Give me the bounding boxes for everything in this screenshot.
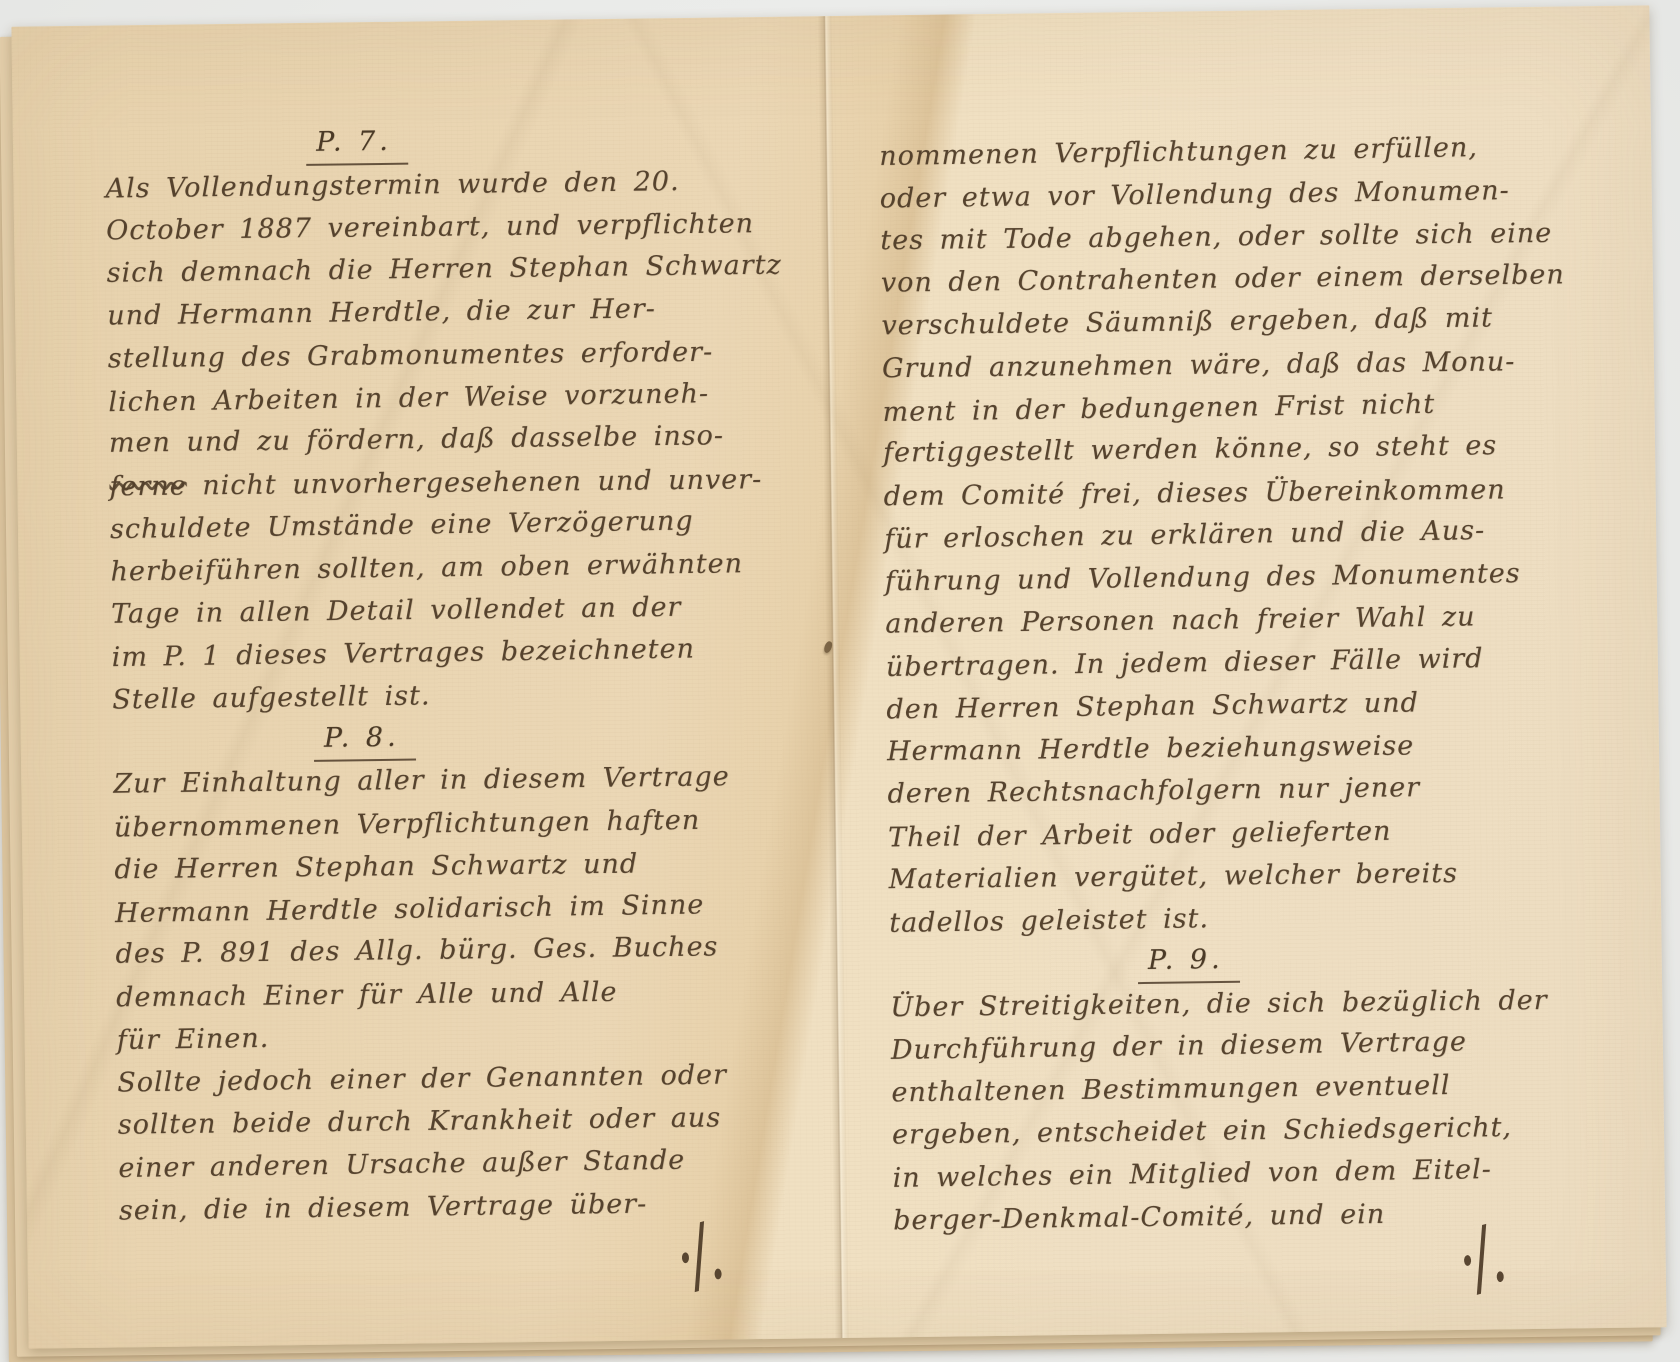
handwritten-line: übernommenen Verpflichtungen haften — [114, 798, 788, 849]
handwritten-line: sich demnach die Herren Stephan Schwartz — [106, 244, 780, 295]
handwritten-line: deren Rechtsnachfolgern nur jener — [887, 765, 1545, 816]
section-heading: P. 7. — [20, 118, 694, 169]
corrected-word: ferne — [109, 470, 187, 502]
handwritten-line: den Herren Stephan Schwartz und — [886, 680, 1545, 731]
section-heading: P. 9. — [860, 936, 1519, 987]
handwritten-line: Zur Einhaltung aller in diesem Vertrage — [113, 755, 787, 806]
handwritten-line: des P. 891 des Allg. bürg. Ges. Buches — [115, 926, 789, 977]
handwritten-line: men und zu fördern, daß dasselbe inso- — [109, 415, 783, 466]
page-left: P. 7.Als Vollendungstermin wurde den 20.… — [71, 17, 794, 1348]
document-sheet-stack: P. 7.Als Vollendungstermin wurde den 20.… — [11, 5, 1666, 1348]
page-right: nommenen Verpflichtungen zu erfüllen,ode… — [845, 7, 1552, 1338]
handwritten-line: fertiggestellt werden könne, so steht es — [883, 425, 1541, 476]
manuscript-sheet: P. 7.Als Vollendungstermin wurde den 20.… — [11, 5, 1666, 1348]
handwritten-line: Theil der Arbeit oder gelieferten — [888, 808, 1547, 859]
page-right-text: nommenen Verpflichtungen zu erfüllen,ode… — [847, 127, 1551, 1243]
center-fold — [817, 16, 848, 1338]
handwritten-line: von den Contrahenten oder einem derselbe… — [881, 254, 1539, 305]
section-heading-text: P. 9. — [1138, 940, 1240, 984]
handwritten-line: und Hermann Herdtle, die zur Her- — [107, 287, 781, 338]
handwritten-line: verschuldete Säumniß ergeben, daß mit — [881, 297, 1540, 348]
binding-mark — [823, 640, 833, 654]
section-heading-text: P. 8. — [314, 718, 416, 762]
page-left-text: P. 7.Als Vollendungstermin wurde den 20.… — [73, 117, 793, 1234]
section-heading-text: P. 7. — [306, 122, 408, 166]
handwritten-line: Als Vollendungstermin wurde den 20. — [105, 159, 779, 210]
scan-background: P. 7.Als Vollendungstermin wurde den 20.… — [0, 0, 1680, 1362]
